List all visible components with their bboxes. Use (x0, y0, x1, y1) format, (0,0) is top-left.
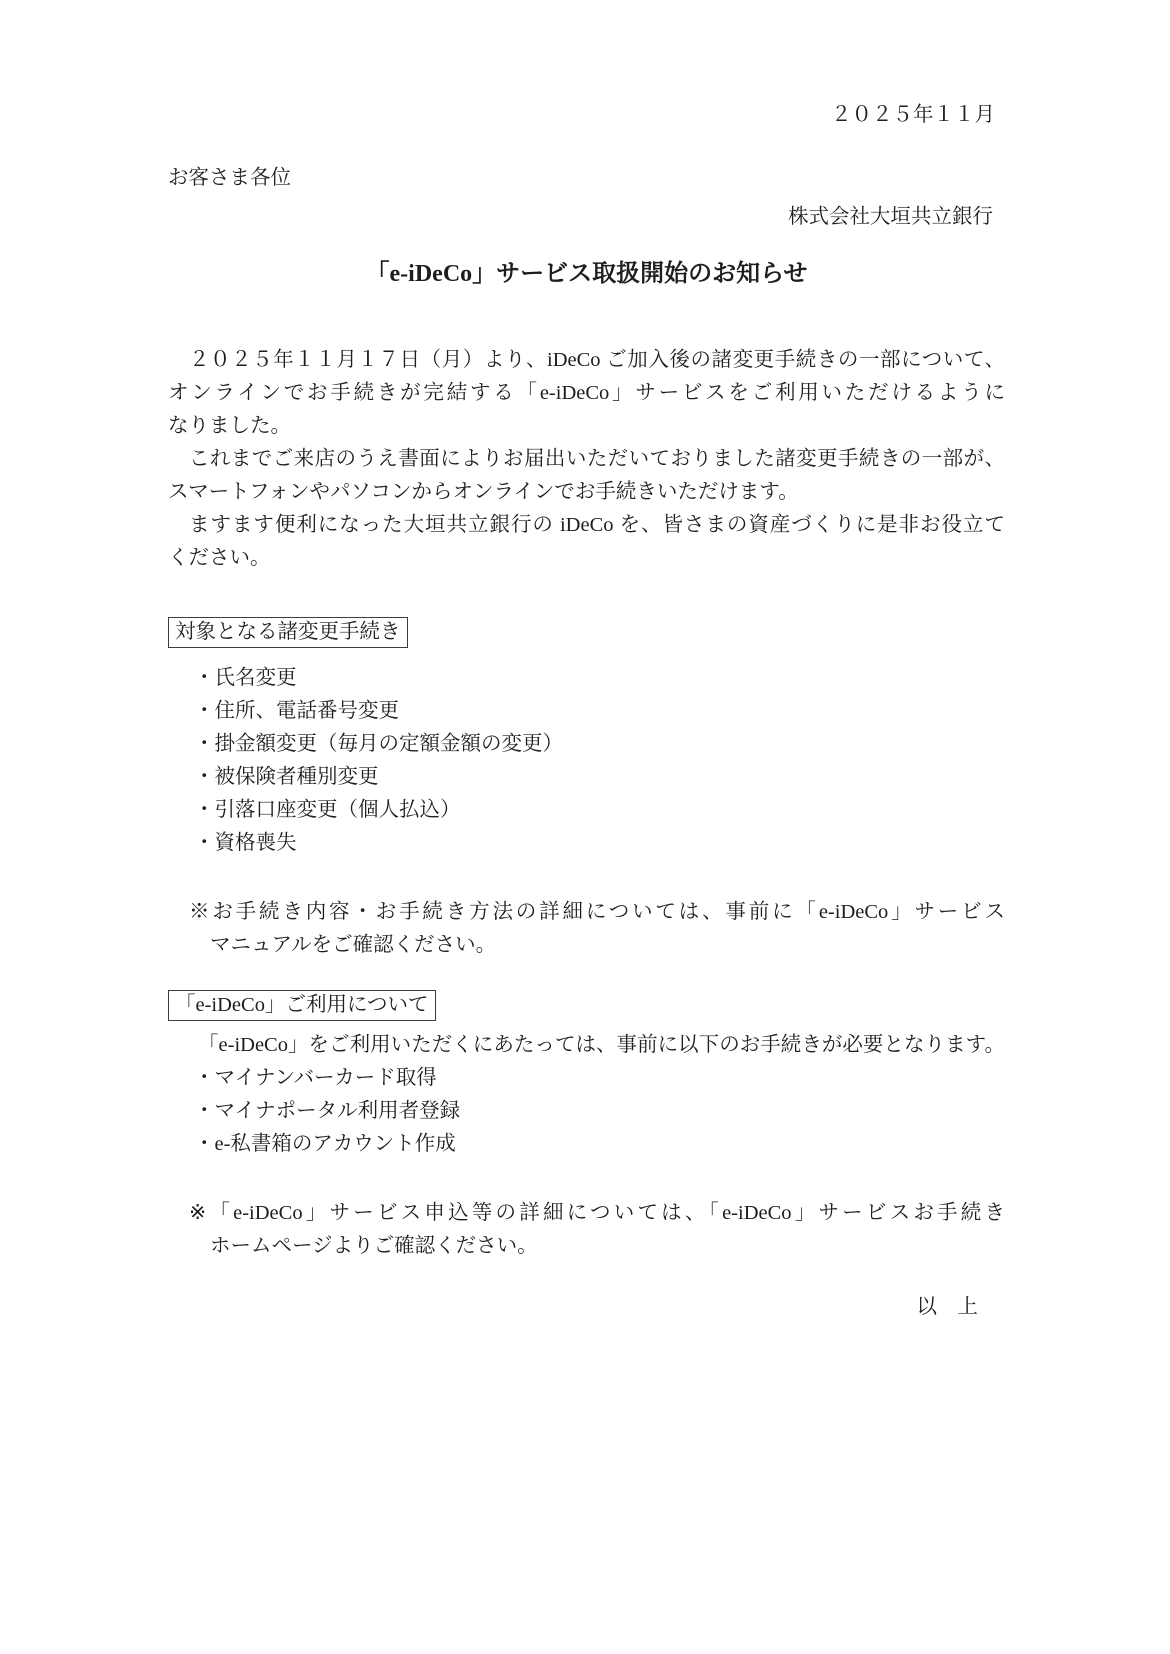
list-item: ・資格喪失 (194, 827, 1005, 860)
list-item: ・氏名変更 (194, 662, 1005, 695)
document-page: ２０２５年１１月 お客さま各位 株式会社大垣共立銀行 「e-iDeCo」サービス… (0, 0, 1170, 1654)
intro-p1-line2: オンラインでお手続きが完結する「e-iDeCo」サービスをご利用いただけるように (168, 377, 1005, 410)
section1-note-line2: マニュアルをご確認ください。 (210, 929, 1005, 962)
section2-heading-box: 「e-iDeCo」ご利用について (168, 990, 436, 1021)
section2-requirement-list: ・マイナンバーカード取得 ・マイナポータル利用者登録 ・e-私書箱のアカウント作… (168, 1062, 1005, 1161)
list-item: ・引落口座変更（個人払込） (194, 794, 1005, 827)
intro-p1-line3: なりました。 (168, 410, 1005, 443)
section1-note: ※お手続き内容・お手続き方法の詳細については、事前に「e-iDeCo」サービス … (168, 896, 1005, 962)
intro-p3-line1: ますます便利になった大垣共立銀行の iDeCo を、皆さまの資産づくりに是非お役… (168, 509, 1005, 542)
salutation: お客さま各位 (168, 162, 1005, 195)
document-title: 「e-iDeCo」サービス取扱開始のお知らせ (168, 258, 1005, 291)
intro-p2-line2: スマートフォンやパソコンからオンラインでお手続きいただけます。 (168, 476, 1005, 509)
section1-note-line1: ※お手続き内容・お手続き方法の詳細については、事前に「e-iDeCo」サービス (189, 896, 1005, 929)
section2-note-line1: ※「e-iDeCo」サービス申込等の詳細については、「e-iDeCo」サービスお… (189, 1197, 1005, 1230)
section2-heading-wrap: 「e-iDeCo」ご利用について (168, 990, 1005, 1021)
intro-p1-line1: ２０２５年１１月１７日（月）より、iDeCo ご加入後の諸変更手続きの一部につい… (168, 344, 1005, 377)
list-item: ・マイナンバーカード取得 (194, 1062, 1005, 1095)
intro-p2-line1: これまでご来店のうえ書面によりお届出いただいておりました諸変更手続きの一部が、 (168, 443, 1005, 476)
section2-note-line2: ホームページよりご確認ください。 (210, 1230, 1005, 1263)
section1-change-list: ・氏名変更 ・住所、電話番号変更 ・掛金額変更（毎月の定額金額の変更） ・被保険… (168, 662, 1005, 860)
list-item: ・掛金額変更（毎月の定額金額の変更） (194, 728, 1005, 761)
date-line: ２０２５年１１月 (168, 99, 1005, 132)
section2-intro: 「e-iDeCo」をご利用いただくにあたっては、事前に以下のお手続きが必要となり… (198, 1029, 1005, 1062)
closing-mark: 以 上 (168, 1291, 1005, 1324)
list-item: ・被保険者種別変更 (194, 761, 1005, 794)
list-item: ・住所、電話番号変更 (194, 695, 1005, 728)
intro-p3-line2: ください。 (168, 542, 1005, 575)
list-item: ・マイナポータル利用者登録 (194, 1095, 1005, 1128)
intro-paragraphs: ２０２５年１１月１７日（月）より、iDeCo ご加入後の諸変更手続きの一部につい… (168, 344, 1005, 575)
section1-heading-wrap: 対象となる諸変更手続き (168, 617, 1005, 648)
list-item: ・e-私書箱のアカウント作成 (194, 1128, 1005, 1161)
section2-note: ※「e-iDeCo」サービス申込等の詳細については、「e-iDeCo」サービスお… (168, 1197, 1005, 1263)
section1-heading-box: 対象となる諸変更手続き (168, 617, 408, 648)
sender-company-name: 株式会社大垣共立銀行 (168, 201, 1005, 234)
